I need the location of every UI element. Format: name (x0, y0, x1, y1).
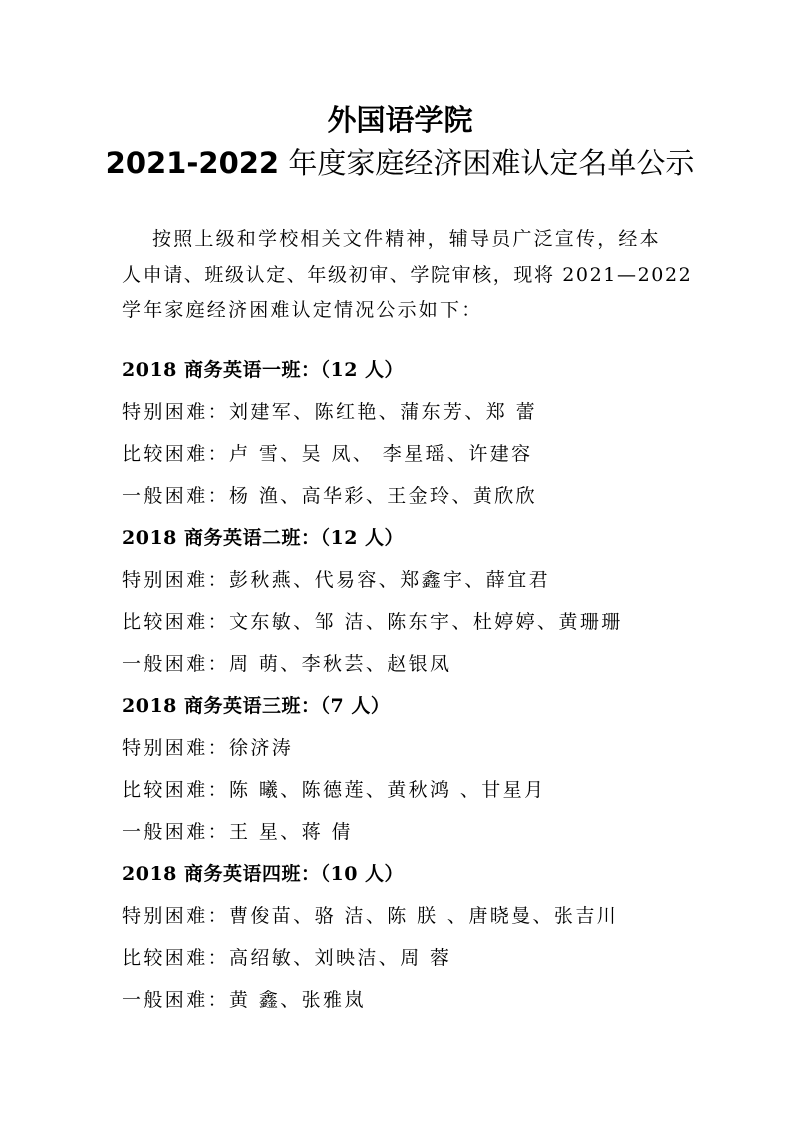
document-title-college: 外国语学院 (0, 103, 800, 137)
class-2-row-general: 一般困难：周 萌、李秋芸、赵银凤 (122, 652, 451, 676)
class-3-row-relative: 比较困难：陈 曦、陈德莲、黄秋鸿 、甘星月 (122, 778, 545, 802)
class-4-row-relative: 比较困难：高绍敏、刘映洁、周 蓉 (122, 946, 451, 970)
class-2-row-special: 特别困难：彭秋燕、代易容、郑鑫宇、薛宜君 (122, 568, 550, 592)
class-heading-1: 2018 商务英语一班：（12 人） (122, 358, 404, 382)
intro-paragraph-line-1: 按照上级和学校相关文件精神，辅导员广泛宣传，经本 (152, 224, 661, 251)
document-title-main: 2021-2022 年度家庭经济困难认定名单公示 (0, 146, 800, 180)
class-heading-2: 2018 商务英语二班：（12 人） (122, 526, 404, 550)
class-3-row-special: 特别困难：徐济涛 (122, 736, 293, 760)
class-4-row-special: 特别困难：曹俊苗、骆 洁、陈 朕 、唐晓曼、张吉川 (122, 904, 618, 928)
intro-paragraph-line-3: 学年家庭经济困难认定情况公示如下： (122, 295, 482, 322)
class-heading-3: 2018 商务英语三班：（7 人） (122, 694, 390, 718)
class-heading-4: 2018 商务英语四班：（10 人） (122, 862, 404, 886)
title-year-range: 2021-2022 (106, 146, 279, 180)
class-4-row-general: 一般困难：黄 鑫、张雅岚 (122, 988, 366, 1012)
intro-paragraph-line-2: 人申请、班级认定、年级初审、学院审核，现将 2021—2022 (122, 260, 692, 287)
class-2-row-relative: 比较困难：文东敏、邹 洁、陈东宇、杜婷婷、黄珊珊 (122, 610, 623, 634)
class-1-row-special: 特别困难：刘建军、陈红艳、蒲东芳、郑 蕾 (122, 400, 537, 424)
class-3-row-general: 一般困难：王 星、蒋 倩 (122, 820, 353, 844)
class-1-row-relative: 比较困难：卢 雪、吴 凤、 李星瑶、许建容 (122, 442, 533, 466)
document-page: 外国语学院 2021-2022 年度家庭经济困难认定名单公示 按照上级和学校相关… (0, 0, 800, 1131)
title-text: 年度家庭经济困难认定名单公示 (279, 146, 694, 180)
class-1-row-general: 一般困难：杨 渔、高华彩、王金玲、黄欣欣 (122, 484, 537, 508)
